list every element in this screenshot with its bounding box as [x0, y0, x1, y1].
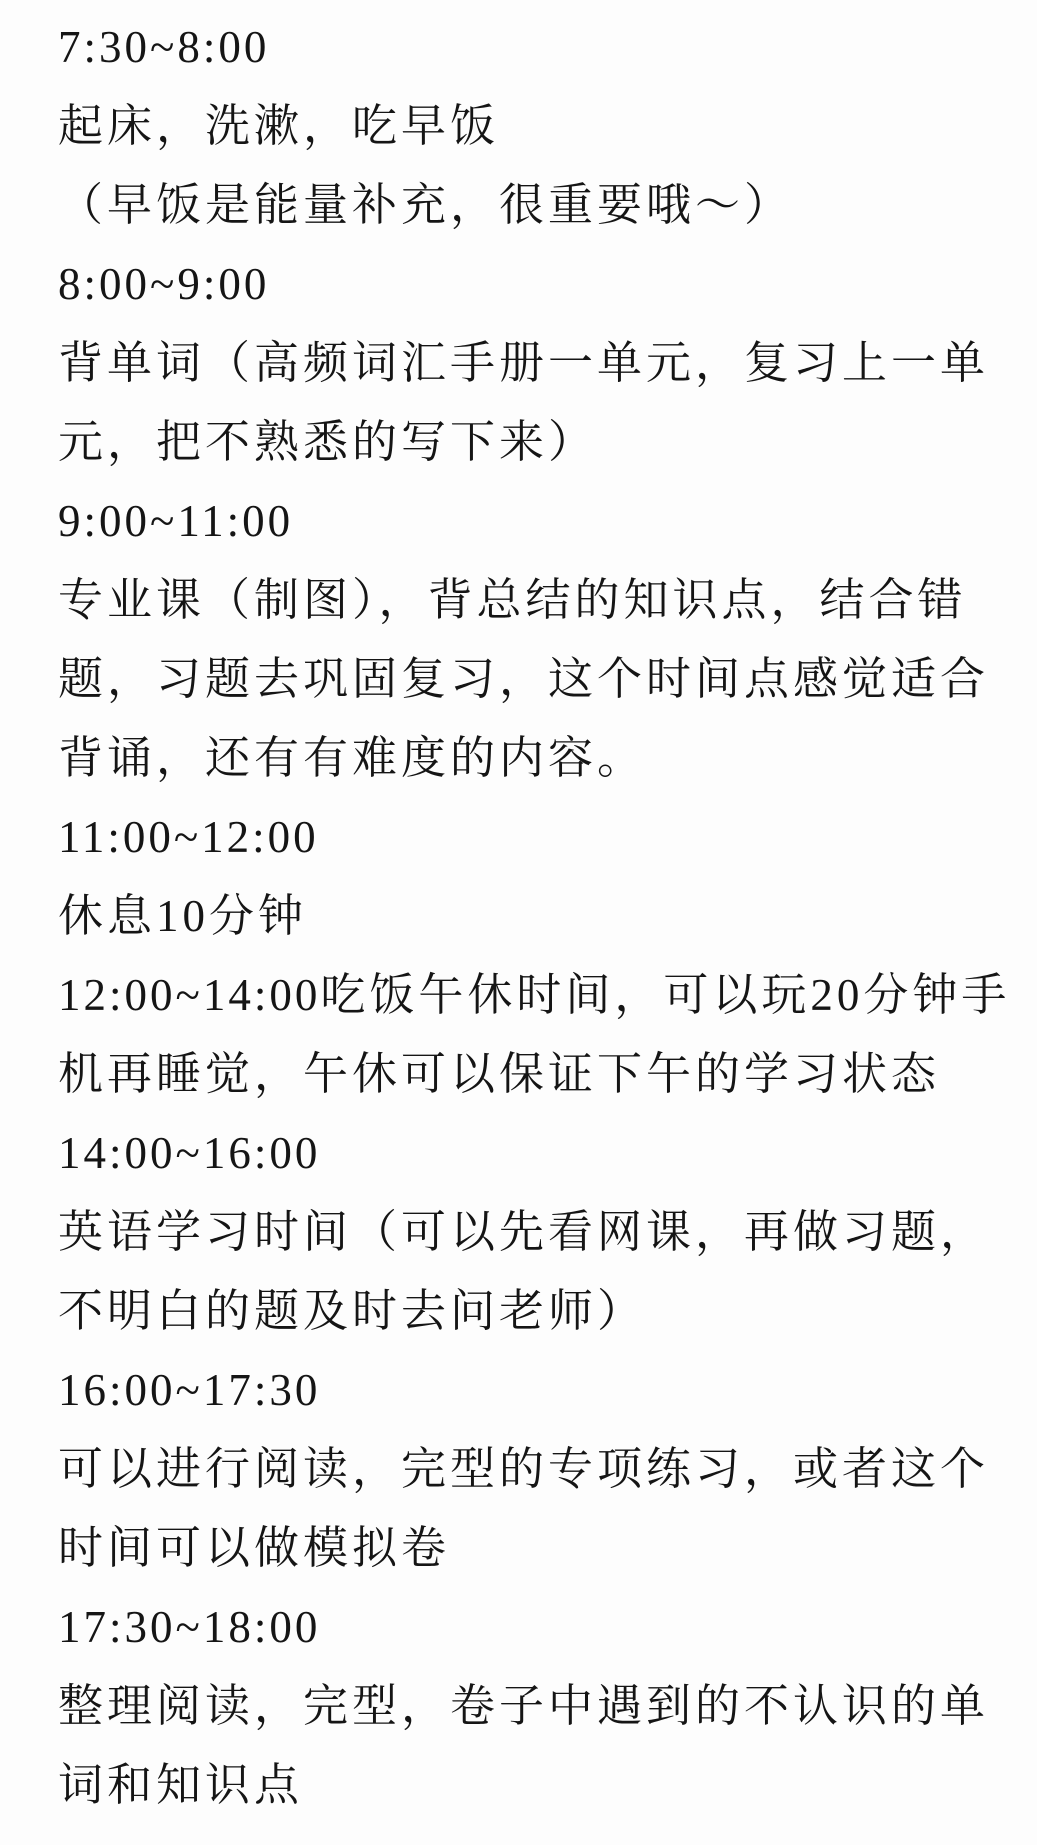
schedule-entry: 9:00~11:00 专业课（制图），背总结的知识点，结合错题，习题去巩固复习，…: [58, 482, 1019, 798]
time-label: 7:30~8:00: [58, 8, 1019, 87]
time-label: 16:00~17:30: [58, 1351, 1019, 1430]
schedule-entry: 14:00~16:00 英语学习时间（可以先看网课，再做习题，不明白的题及时去问…: [58, 1114, 1019, 1351]
schedule-document: 7:30~8:00 起床，洗漱，吃早饭 （早饭是能量补充，很重要哦～） 8:00…: [0, 0, 1037, 1845]
activity-text: 可以进行阅读，完型的专项练习，或者这个时间可以做模拟卷: [58, 1430, 1019, 1588]
activity-text: 休息10分钟: [58, 877, 1019, 956]
schedule-entry: 12:00~14:00吃饭午休时间，可以玩20分钟手机再睡觉，午休可以保证下午的…: [58, 956, 1019, 1114]
time-label: 8:00~9:00: [58, 245, 1019, 324]
time-label: 14:00~16:00: [58, 1114, 1019, 1193]
note-text: （早饭是能量补充，很重要哦～）: [58, 166, 1019, 245]
time-activity-line: 12:00~14:00吃饭午休时间，可以玩20分钟手机再睡觉，午休可以保证下午的…: [58, 956, 1019, 1114]
schedule-entry: 11:00~12:00 休息10分钟: [58, 798, 1019, 956]
activity-text: 背单词（高频词汇手册一单元，复习上一单元，把不熟悉的写下来）: [58, 324, 1019, 482]
schedule-entry: 17:30~18:00 整理阅读，完型，卷子中遇到的不认识的单词和知识点: [58, 1588, 1019, 1825]
time-label: 17:30~18:00: [58, 1588, 1019, 1667]
time-label: 11:00~12:00: [58, 798, 1019, 877]
schedule-entry: 8:00~9:00 背单词（高频词汇手册一单元，复习上一单元，把不熟悉的写下来）: [58, 245, 1019, 482]
schedule-entry: 16:00~17:30 可以进行阅读，完型的专项练习，或者这个时间可以做模拟卷: [58, 1351, 1019, 1588]
activity-text: 英语学习时间（可以先看网课，再做习题，不明白的题及时去问老师）: [58, 1193, 1019, 1351]
activity-text: 起床，洗漱，吃早饭: [58, 87, 1019, 166]
time-label: 9:00~11:00: [58, 482, 1019, 561]
activity-text: 整理阅读，完型，卷子中遇到的不认识的单词和知识点: [58, 1667, 1019, 1825]
activity-text: 专业课（制图），背总结的知识点，结合错题，习题去巩固复习，这个时间点感觉适合背诵…: [58, 561, 1019, 798]
time-label: 12:00~14:00: [58, 970, 320, 1020]
schedule-entry: 7:30~8:00 起床，洗漱，吃早饭 （早饭是能量补充，很重要哦～）: [58, 8, 1019, 245]
